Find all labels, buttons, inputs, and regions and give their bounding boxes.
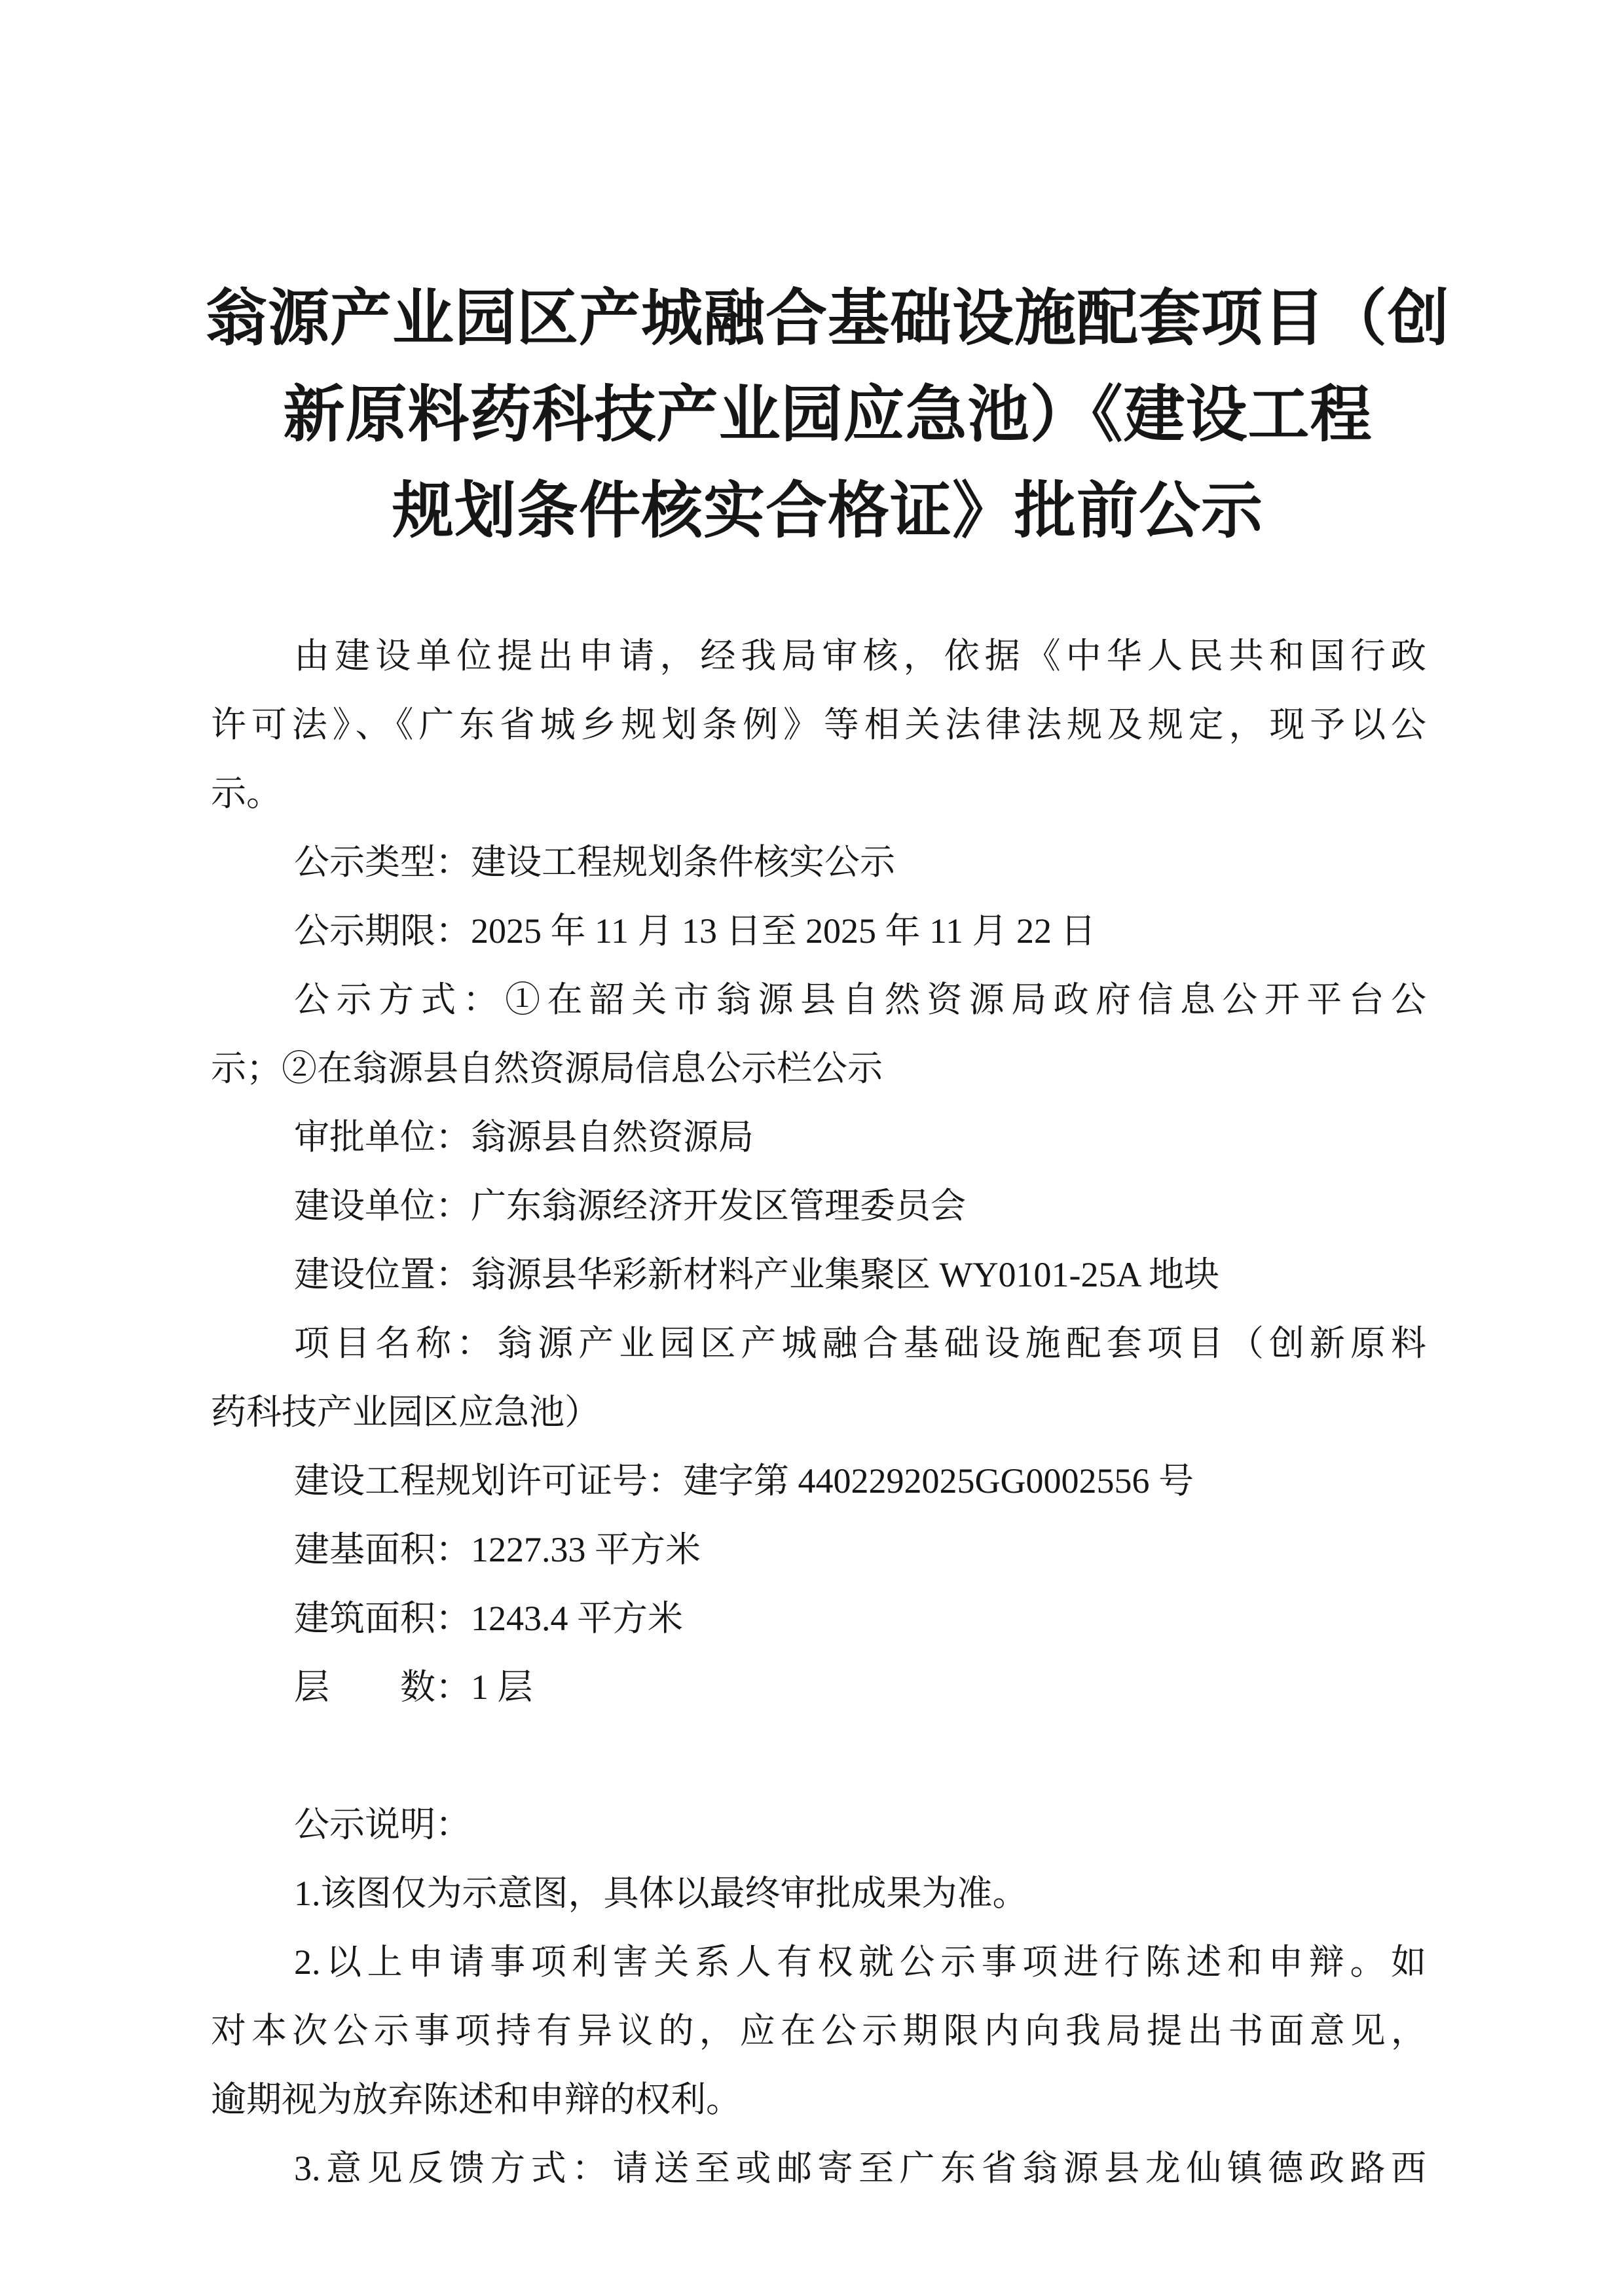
body-line-floor-area: 建筑面积：1243.4 平方米 <box>211 1584 1426 1653</box>
title-line-2: 新原料药科技产业园应急池）《建设工程 <box>31 367 1624 464</box>
body-line-remark-3: 3.意见反馈方式：请送至或邮寄至广东省翁源县龙仙镇德政路西 <box>211 2134 1426 2203</box>
title-line-1: 翁源产业园区产城融合基础设施配套项目（创 <box>31 271 1624 367</box>
body-line-floor-count: 层 数：1 层 <box>211 1653 1426 1722</box>
document-title: 翁源产业园区产城融合基础设施配套项目（创 新原料药科技产业园应急池）《建设工程 … <box>0 271 1624 560</box>
title-line-3: 规划条件核实合格证》批前公示 <box>31 464 1624 560</box>
body-line-intro-1: 由建设单位提出申请，经我局审核，依据《中华人民共和国行政 <box>211 622 1426 691</box>
body-line-location: 建设位置：翁源县华彩新材料产业集聚区 WY0101-25A 地块 <box>211 1241 1426 1309</box>
notice-document-page: 翁源产业园区产城融合基础设施配套项目（创 新原料药科技产业园应急池）《建设工程 … <box>0 0 1624 2296</box>
body-line-remark-1: 1.该图仅为示意图，具体以最终审批成果为准。 <box>211 1859 1426 1928</box>
body-line-approval-unit: 审批单位：翁源县自然资源局 <box>211 1103 1426 1172</box>
document-body: 由建设单位提出申请，经我局审核，依据《中华人民共和国行政 许可法》、《广东省城乡… <box>211 622 1426 2203</box>
body-line-remarks-heading: 公示说明： <box>211 1791 1426 1859</box>
body-line-project-name-2: 药科技产业园区应急池） <box>211 1378 1426 1447</box>
body-line-remark-2b: 对本次公示事项持有异议的，应在公示期限内向我局提出书面意见， <box>211 1997 1426 2066</box>
body-line-remark-2a: 2.以上申请事项利害关系人有权就公示事项进行陈述和申辩。如 <box>211 1928 1426 1997</box>
body-line-project-name-1: 项目名称：翁源产业园区产城融合基础设施配套项目（创新原料 <box>211 1309 1426 1378</box>
body-line-base-area: 建基面积：1227.33 平方米 <box>211 1516 1426 1584</box>
body-line-notice-method-2: 示；②在翁源县自然资源局信息公示栏公示 <box>211 1034 1426 1103</box>
body-line-permit-number: 建设工程规划许可证号：建字第 4402292025GG0002556 号 <box>211 1447 1426 1516</box>
body-line-spacer <box>211 1722 1426 1791</box>
body-line-intro-2: 许可法》、《广东省城乡规划条例》等相关法律法规及规定，现予以公 <box>211 691 1426 759</box>
body-line-notice-type: 公示类型：建设工程规划条件核实公示 <box>211 828 1426 897</box>
body-line-intro-3: 示。 <box>211 759 1426 828</box>
body-line-notice-method-1: 公示方式：①在韶关市翁源县自然资源局政府信息公开平台公 <box>211 966 1426 1034</box>
body-line-construction-unit: 建设单位：广东翁源经济开发区管理委员会 <box>211 1172 1426 1241</box>
body-line-notice-period: 公示期限：2025 年 11 月 13 日至 2025 年 11 月 22 日 <box>211 897 1426 966</box>
body-line-remark-2c: 逾期视为放弃陈述和申辩的权利。 <box>211 2066 1426 2134</box>
